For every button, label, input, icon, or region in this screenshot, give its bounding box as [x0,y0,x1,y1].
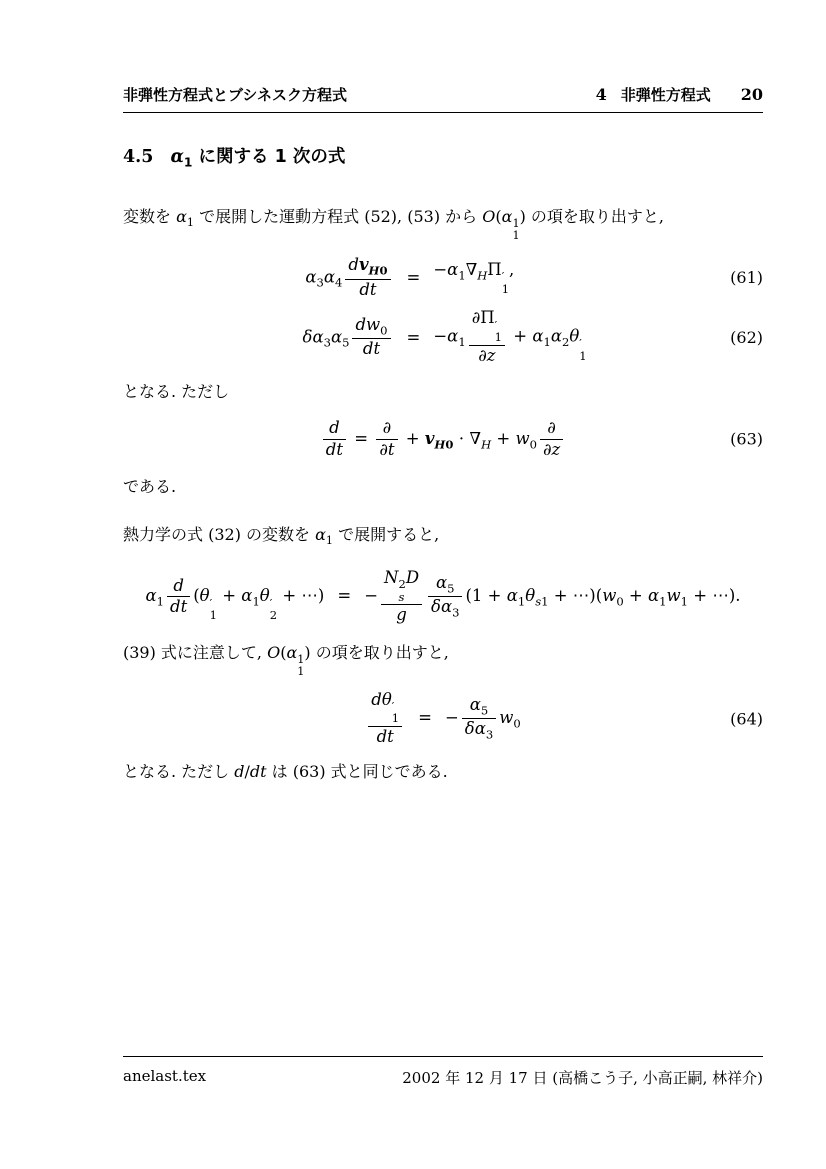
subsection-heading: 4.5 α1 に関する 1 次の式 [123,143,763,170]
eq61-lhs: α3α4dvH0dt [305,256,393,300]
eq63-body: ddt = ∂∂t + vH0 ⋅ ∇H + w0∂∂z [320,429,566,448]
footer-filename: anelast.tex [123,1067,206,1088]
thermo-equals: = [324,586,364,605]
document-page: 非弾性方程式とブシネスク方程式 4 非弾性方程式 20 4.5 α1 に関する … [0,0,826,1169]
thermo-body: α1ddt(θ′1 + α1θ′2 + ⋯)=−N2sDgα5δα3(1 + α… [146,586,741,605]
paragraph-dearu: である. [123,476,763,498]
subsection-title: α1 に関する 1 次の式 [170,143,345,170]
eq64-number: (64) [730,709,763,728]
eq62-lhs: δα3α5dw0dt [303,316,394,360]
eq62-rhs: −α1∂Π′1∂z + α1α2θ′1 [433,309,586,365]
equation-64: dθ′1dt=−α5δα3w0 (64) [123,691,763,747]
footer-date-authors: 2002 年 12 月 17 日 (高橋こう子, 小高正嗣, 林祥介) [402,1067,763,1088]
eq64-equals: = [405,708,445,727]
page-content: 4.5 α1 に関する 1 次の式 変数を α1 で展開した運動方程式 (52)… [123,0,763,783]
paragraph-eq39-note: (39) 式に注意して, O(α11) の項を取り出すと, [123,642,763,677]
eq64-rhs: −α5δα3w0 [445,708,521,727]
equation-group-61-62: α3α4dvH0dt = −α1∇HΠ′1, (61) δα3α5dw0dt =… [123,256,763,366]
eq61-equals: = [394,268,434,287]
paragraph-tonaru-tadashi: となる. ただし [123,381,763,403]
subsection-number: 4.5 [123,147,153,167]
eq61-number: (61) [730,268,763,287]
eq64-body: dθ′1dt=−α5δα3w0 [365,708,520,727]
paragraph-momentum-intro: 変数を α1 で展開した運動方程式 (52), (53) から O(α11) の… [123,206,763,241]
equation-63: ddt = ∂∂t + vH0 ⋅ ∇H + w0∂∂z (63) [123,419,763,460]
paragraph-closing: となる. ただし d/dt は (63) 式と同じである. [123,761,763,783]
thermo-lhs: α1ddt(θ′1 + α1θ′2 + ⋯) [146,586,325,605]
equation-thermo-unnumbered: α1ddt(θ′1 + α1θ′2 + ⋯)=−N2sDgα5δα3(1 + α… [123,569,763,625]
eq62-number: (62) [730,328,763,347]
eq64-lhs: dθ′1dt [365,708,405,727]
paragraph-thermo-intro: 熱力学の式 (32) の変数を α1 で展開すると, [123,524,763,552]
eq63-number: (63) [730,430,763,449]
eq61-rhs: −α1∇HΠ′1, [433,260,514,295]
eq62-equals: = [394,328,434,347]
thermo-rhs: −N2sDgα5δα3(1 + α1θs1 + ⋯)(w0 + α1w1 + ⋯… [364,586,740,605]
page-footer: anelast.tex 2002 年 12 月 17 日 (高橋こう子, 小高正… [123,1056,763,1088]
